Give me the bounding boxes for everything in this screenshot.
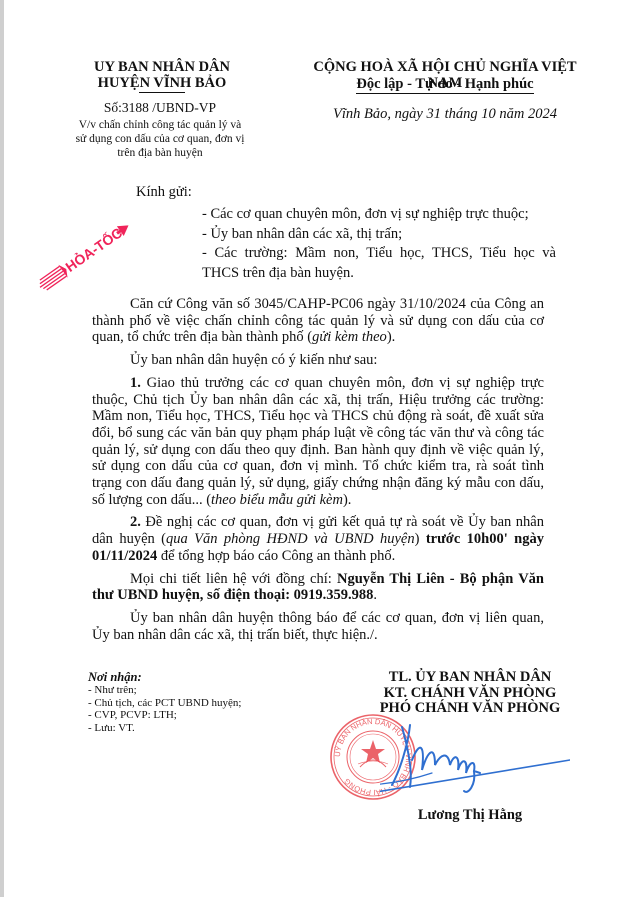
- page-edge: [0, 0, 4, 897]
- place-and-date: Vĩnh Bảo, ngày 31 tháng 10 năm 2024: [300, 105, 590, 123]
- subject-line: sử dụng con dấu của cơ quan, đơn vị: [40, 132, 280, 146]
- issuing-agency: UY BAN NHÂN DÂN HUYỆN VĨNH BẢO: [60, 59, 264, 93]
- document-subject: V/v chấn chỉnh công tác quản lý và sử dụ…: [40, 118, 280, 160]
- paragraph-contact: Mọi chi tiết liên hệ với đồng chí: Nguyễ…: [92, 571, 544, 604]
- national-motto: Độc lập - Tự do - Hạnh phúc: [356, 76, 533, 94]
- subject-line: V/v chấn chỉnh công tác quản lý và: [40, 118, 280, 132]
- paragraph-closing: Ủy ban nhân dân huyện thông báo để các c…: [92, 610, 544, 643]
- paragraph-basis: Căn cứ Công văn số 3045/CAHP-PC06 ngày 3…: [92, 296, 544, 346]
- addressee-item: THCS trên địa bàn huyện.: [202, 264, 556, 284]
- recipient-item: - Như trên;: [88, 684, 308, 697]
- svg-text:HỎA-TỐC: HỎA-TỐC: [62, 224, 125, 275]
- signature-line-3: PHÓ CHÁNH VĂN PHÒNG: [340, 701, 600, 717]
- recipients-title: Nơi nhận:: [88, 670, 308, 684]
- urgent-stamp-icon: HỎA-TỐC: [25, 212, 135, 292]
- document-body: Căn cứ Công văn số 3045/CAHP-PC06 ngày 3…: [92, 296, 544, 649]
- addressee-label: Kính gửi:: [136, 183, 192, 201]
- recipient-item: - Lưu: VT.: [88, 722, 308, 735]
- signature-line-2: KT. CHÁNH VĂN PHÒNG: [340, 686, 600, 702]
- addressee-item: - Các cơ quan chuyên môn, đơn vị sự nghi…: [202, 205, 556, 225]
- handwritten-signature-icon: [380, 715, 570, 800]
- signature-block: TL. ỦY BAN NHÂN DÂN KT. CHÁNH VĂN PHÒNG …: [340, 670, 600, 717]
- paragraph-item-2: 2. Đề nghị các cơ quan, đơn vị gửi kết q…: [92, 514, 544, 564]
- agency-underline: [139, 92, 185, 93]
- paragraph-item-1: 1. Giao thủ trưởng các cơ quan chuyên mô…: [92, 375, 544, 509]
- motto-container: Độc lập - Tự do - Hạnh phúc: [300, 75, 590, 94]
- agency-line-2: HUYỆN VĨNH BẢO: [60, 75, 264, 91]
- recipients-list: Nơi nhận: - Như trên; - Chủ tịch, các PC…: [88, 670, 308, 734]
- recipient-item: - Chủ tịch, các PCT UBND huyện;: [88, 697, 308, 710]
- agency-line-1: UY BAN NHÂN DÂN: [60, 59, 264, 75]
- signature-line-1: TL. ỦY BAN NHÂN DÂN: [340, 670, 600, 686]
- signer-name: Lương Thị Hằng: [340, 806, 600, 824]
- addressee-item: - Ủy ban nhân dân các xã, thị trấn;: [202, 225, 556, 245]
- addressee-item: - Các trường: Mầm non, Tiểu học, THCS, T…: [202, 244, 556, 264]
- addressee-list: - Các cơ quan chuyên môn, đơn vị sự nghi…: [202, 205, 556, 283]
- document-number: Số:3188 /UBND-VP: [40, 100, 280, 116]
- paragraph-opinion: Ủy ban nhân dân huyện có ý kiến như sau:: [92, 352, 544, 369]
- recipient-item: - CVP, PCVP: LTH;: [88, 709, 308, 722]
- subject-line: trên địa bàn huyện: [40, 146, 280, 160]
